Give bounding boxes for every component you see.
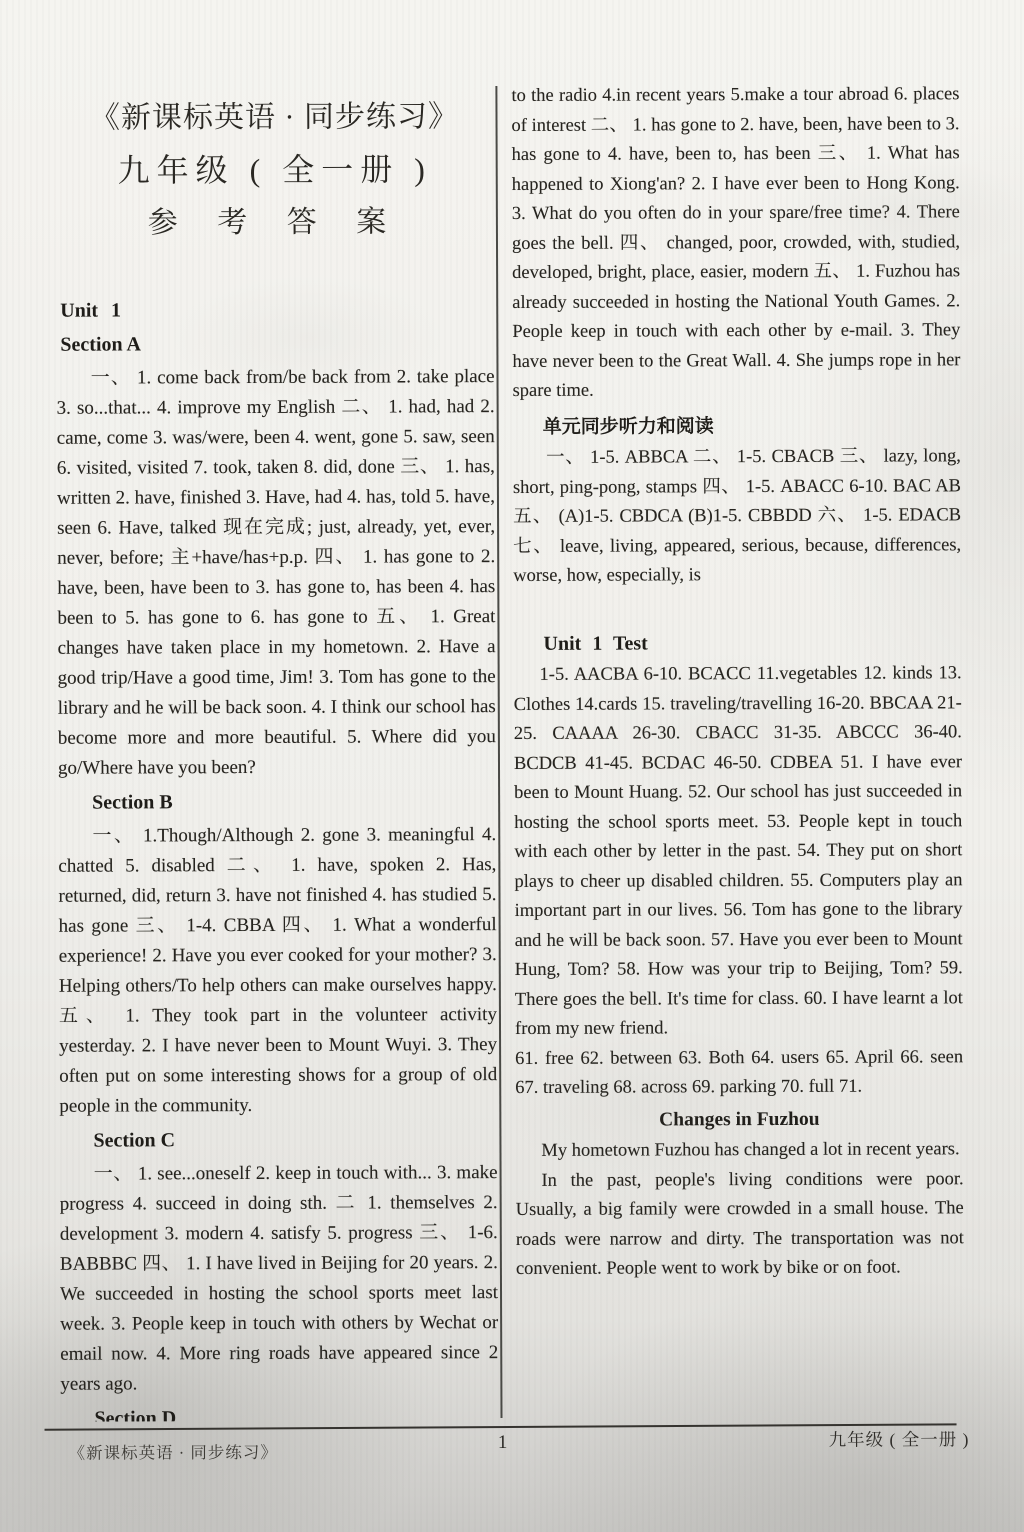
section-b-answers: 一、 1.Though/Although 2. gone 3. meaningf… [58,820,497,1122]
book-title-block: 《新课标英语 · 同步练习》 九年级 ( 全一册 ) 参 考 答 案 [55,92,494,250]
footer-book-title: 《新课标英语 · 同步练习》 [69,1439,278,1464]
section-c-answers: 一、 1. see...oneself 2. keep in touch wit… [60,1158,499,1400]
passage-title: Changes in Fuzhou [515,1104,963,1135]
section-a-heading: Section A [60,328,494,360]
footer-grade-label: 九年级 ( 全一册 ) [829,1426,970,1452]
footer-rule [45,1423,957,1430]
left-column: 《新课标英语 · 同步练习》 九年级 ( 全一册 ) 参 考 答 案 Unit … [55,88,498,1422]
passage-paragraph-1: My hometown Fuzhou has changed a lot in … [515,1135,963,1166]
section-d-answers-continued: to the radio 4.in recent years 5.make a … [511,80,960,406]
page-number: 1 [473,1432,533,1454]
cloze-answers: 61. free 62. between 63. Both 64. users … [515,1043,963,1104]
unit-1-test-heading: Unit 1 Test [543,628,961,659]
scanned-answer-key-page: 《新课标英语 · 同步练习》 九年级 ( 全一册 ) 参 考 答 案 Unit … [0,0,1024,1532]
book-title-line1: 《新课标英语 · 同步练习》 [55,92,493,144]
book-title-line3: 参 考 答 案 [56,196,494,250]
unit-1-test-answers: 1-5. AACBA 6-10. BCACC 11.vegetables 12.… [514,659,963,1044]
listening-reading-heading: 单元同步听力和阅读 [543,411,961,442]
section-c-heading: Section C [93,1124,497,1156]
page-sheet: 《新课标英语 · 同步练习》 九年级 ( 全一册 ) 参 考 答 案 Unit … [0,0,1024,1532]
section-b-heading: Section B [92,786,496,818]
book-title-line2: 九年级 ( 全一册 ) [56,142,494,198]
right-column: to the radio 4.in recent years 5.make a … [511,80,964,1426]
passage-paragraph-2: In the past, people's living conditions … [516,1165,964,1285]
listening-reading-answers: 一、 1-5. ABBCA 二、 1-5. CBACB 三、 lazy, lon… [513,442,962,591]
unit-1-heading: Unit 1 [60,294,494,326]
section-d-heading: Section D [94,1402,498,1422]
section-a-answers: 一、 1. come back from/be back from 2. tak… [56,362,496,784]
